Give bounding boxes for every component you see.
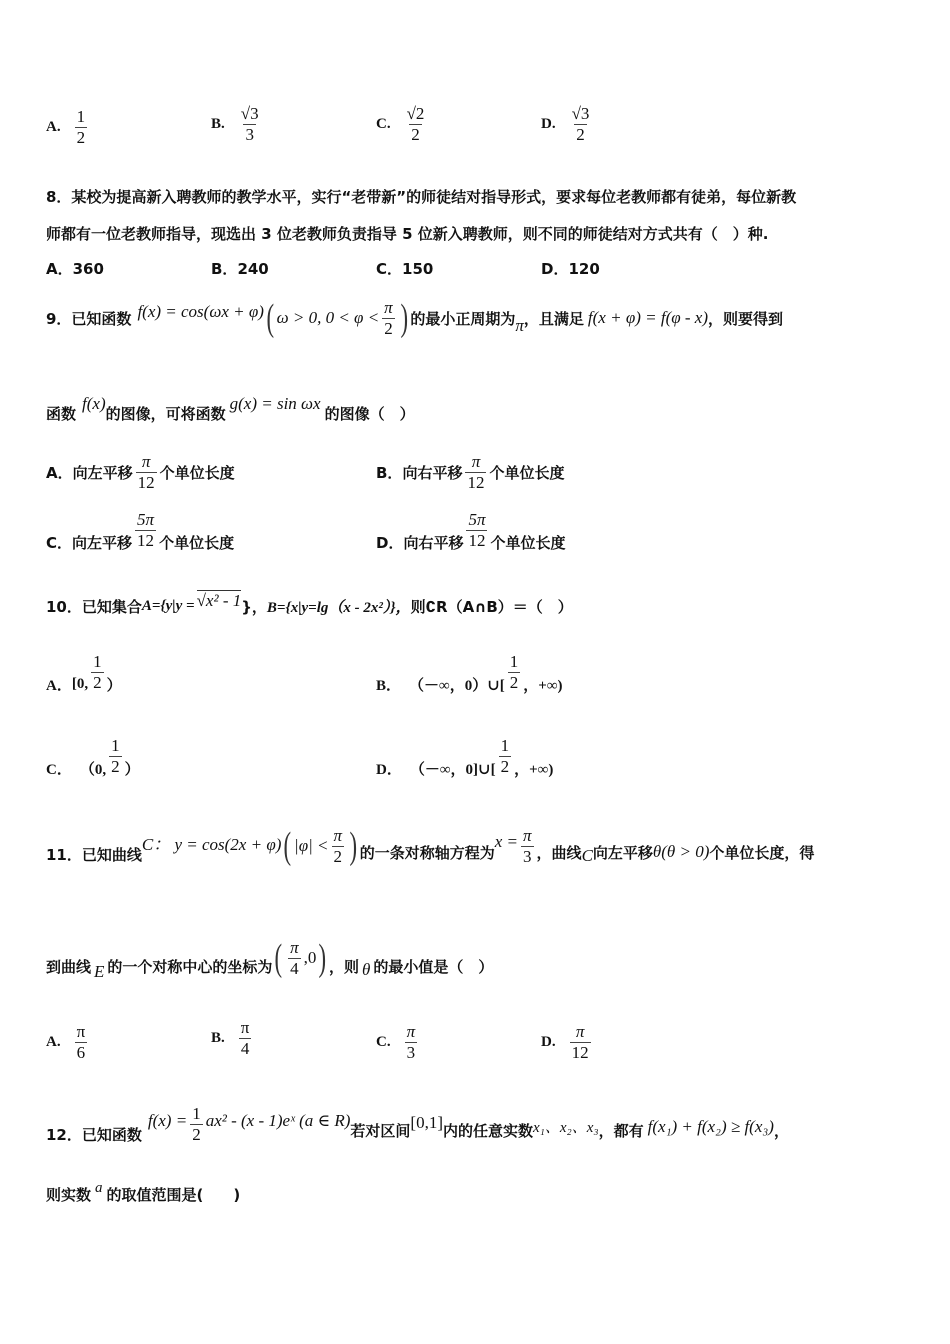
- math-function: f(x) = cos(ωx + φ): [137, 302, 263, 322]
- q8-option-d: D．120: [541, 258, 600, 279]
- fraction: π2: [332, 826, 345, 867]
- fraction: π3: [405, 1022, 418, 1063]
- q8-option-c: C．150: [376, 258, 433, 279]
- q9-option-b: B．向右平移 π12 个单位长度: [376, 452, 564, 493]
- q10-option-d: D． （－∞，0]∪[ 12 ，+∞): [376, 736, 553, 777]
- q8-option-b: B．240: [211, 258, 269, 279]
- q8-line2: 师都有一位老教师指导，现选出 3 位老教师负责指导 5 位新入聘教师，则不同的师…: [46, 223, 768, 244]
- q9-line1: 9．已知函数 f(x) = cos(ωx + φ) ( ω > 0, 0 < φ…: [46, 296, 783, 340]
- q8-option-a: A．360: [46, 258, 104, 279]
- fraction: 12: [75, 107, 88, 148]
- fraction: 12: [91, 652, 104, 693]
- sqrt-expression: √x² - 1: [197, 590, 242, 611]
- q7-option-b: B. √33: [211, 104, 264, 145]
- q7-option-d: D. √32: [541, 104, 594, 145]
- q10-option-c: C． （0, 12 ）: [46, 736, 140, 777]
- q9-option-a: A．向左平移 π12 个单位长度: [46, 452, 235, 493]
- fraction: π4: [239, 1018, 252, 1059]
- q10-option-b: B． （－∞，0）∪[ 12 ，+∞): [376, 652, 563, 693]
- option-label: C.: [376, 116, 391, 133]
- fraction: √22: [405, 104, 427, 145]
- fraction: π4: [288, 938, 301, 979]
- fraction: 12: [499, 736, 512, 777]
- fraction: π6: [75, 1022, 88, 1063]
- option-label: D.: [541, 116, 556, 133]
- fraction: 12: [508, 652, 521, 693]
- q12-line2: 则实数 a 的取值范围是( ): [46, 1184, 240, 1205]
- q7-option-c: C. √22: [376, 104, 429, 145]
- option-label: B.: [211, 116, 225, 133]
- fraction: π12: [465, 452, 486, 493]
- q11-line2: 到曲线 E 的一个对称中心的坐标为 ( π4 ,0 ) ，则 θ 的最小值是（ …: [46, 936, 493, 980]
- q11-line1: 11．已知曲线 C： y = cos(2x + φ) ( |φ| < π2 ) …: [46, 824, 814, 868]
- fraction: 5π12: [135, 510, 156, 551]
- option-label: A.: [46, 119, 61, 136]
- q10-line1: 10．已知集合 A={y|y = √x² - 1 }， B={x|y=lg（x …: [46, 596, 573, 617]
- fraction: √32: [570, 104, 592, 145]
- fraction: π12: [136, 452, 157, 493]
- q12-line1: 12．已知函数 f(x) = 12 ax² - (x - 1)eˣ (a ∈ R…: [46, 1104, 789, 1145]
- q10-option-a: A． [0, 12 ）: [46, 652, 122, 693]
- fraction: 12: [190, 1104, 203, 1145]
- q7-option-a: A. 12: [46, 107, 90, 148]
- q8-line1: 8．某校为提高新入聘教师的教学水平，实行“老带新”的师徒结对指导形式，要求每位老…: [46, 186, 796, 207]
- math-condition: ω > 0, 0 < φ <: [277, 308, 380, 328]
- fraction: √33: [239, 104, 261, 145]
- fraction: π3: [521, 826, 534, 867]
- fraction: π12: [570, 1022, 591, 1063]
- fraction: 12: [109, 736, 122, 777]
- q11-option-d: D. π12: [541, 1022, 594, 1063]
- fraction: 5π12: [466, 510, 487, 551]
- q9-option-c: C．向左平移 5π12 个单位长度: [46, 510, 234, 551]
- q11-option-c: C. π3: [376, 1022, 420, 1063]
- q9-line2: 函数 f(x) 的图像，可将函数 g(x) = sin ωx 的图像（ ）: [46, 393, 415, 414]
- fraction: π2: [382, 298, 395, 339]
- q9-option-d: D．向右平移 5π12 个单位长度: [376, 510, 566, 551]
- q11-option-a: A. π6: [46, 1022, 90, 1063]
- q11-option-b: B. π4: [211, 1018, 254, 1059]
